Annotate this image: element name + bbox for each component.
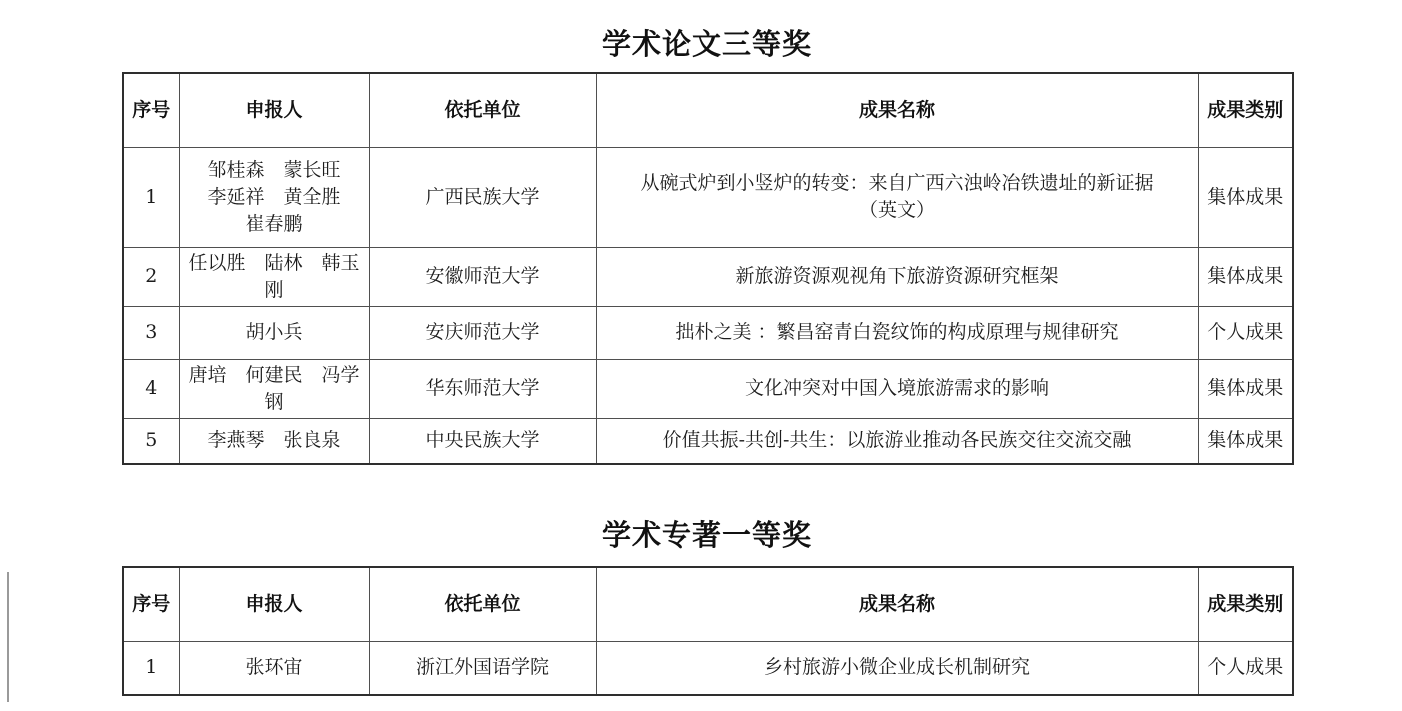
section-title: 学术论文三等奖 [122, 0, 1292, 62]
cell-category: 个人成果 [1198, 306, 1293, 359]
cell-applicant: 胡小兵 [179, 306, 369, 359]
cell-organization: 浙江外国语学院 [369, 641, 596, 695]
cell-index: 1 [123, 641, 179, 695]
cell-category: 集体成果 [1198, 359, 1293, 418]
cell-achievement: 从碗式炉到小竖炉的转变：来自广西六浊岭冶铁遗址的新证据 （英文） [596, 147, 1198, 247]
cell-index: 5 [123, 418, 179, 464]
column-header-achievement: 成果名称 [596, 567, 1198, 641]
table-row: 5 李燕琴 张良泉 中央民族大学 价值共振-共创-共生：以旅游业推动各民族交往交… [123, 418, 1293, 464]
table-row: 1 张环宙 浙江外国语学院 乡村旅游小微企业成长机制研究 个人成果 [123, 641, 1293, 695]
cell-category: 集体成果 [1198, 247, 1293, 306]
cell-category: 集体成果 [1198, 418, 1293, 464]
table-header-row: 序号 申报人 依托单位 成果名称 成果类别 [123, 567, 1293, 641]
awards-table: 序号 申报人 依托单位 成果名称 成果类别 1 张环宙 浙江外国语学院 乡村旅游… [122, 566, 1294, 696]
document-page: 学术论文三等奖 序号 申报人 依托单位 成果名称 成果类别 1 [0, 0, 1402, 711]
column-header-index: 序号 [123, 73, 179, 147]
cell-applicant: 唐培 何建民 冯学钢 [179, 359, 369, 418]
cell-index: 1 [123, 147, 179, 247]
cell-achievement: 价值共振-共创-共生：以旅游业推动各民族交往交流交融 [596, 418, 1198, 464]
column-header-applicant: 申报人 [179, 73, 369, 147]
award-section-monographs-first-prize: 学术专著一等奖 序号 申报人 依托单位 成果名称 成果类别 1 [122, 517, 1292, 696]
column-header-index: 序号 [123, 567, 179, 641]
page-edge-line [7, 572, 9, 702]
column-header-applicant: 申报人 [179, 567, 369, 641]
column-header-achievement: 成果名称 [596, 73, 1198, 147]
column-header-organization: 依托单位 [369, 567, 596, 641]
cell-index: 2 [123, 247, 179, 306]
cell-achievement: 乡村旅游小微企业成长机制研究 [596, 641, 1198, 695]
table-row: 2 任以胜 陆林 韩玉刚 安徽师范大学 新旅游资源观视角下旅游资源研究框架 集体… [123, 247, 1293, 306]
cell-applicant: 李燕琴 张良泉 [179, 418, 369, 464]
award-section-papers-third-prize: 学术论文三等奖 序号 申报人 依托单位 成果名称 成果类别 1 [122, 0, 1292, 465]
table-row: 4 唐培 何建民 冯学钢 华东师范大学 文化冲突对中国入境旅游需求的影响 集体成… [123, 359, 1293, 418]
cell-applicant: 邹桂森 蒙长旺 李延祥 黄全胜 崔春鹏 [179, 147, 369, 247]
cell-achievement: 新旅游资源观视角下旅游资源研究框架 [596, 247, 1198, 306]
table-row: 1 邹桂森 蒙长旺 李延祥 黄全胜 崔春鹏 广西民族大学 从碗式炉到小竖炉的转变… [123, 147, 1293, 247]
document-content: 学术论文三等奖 序号 申报人 依托单位 成果名称 成果类别 1 [122, 0, 1292, 696]
column-header-category: 成果类别 [1198, 73, 1293, 147]
awards-table: 序号 申报人 依托单位 成果名称 成果类别 1 邹桂森 蒙长旺 李延祥 黄全胜 … [122, 72, 1294, 465]
cell-organization: 安徽师范大学 [369, 247, 596, 306]
cell-organization: 华东师范大学 [369, 359, 596, 418]
cell-organization: 中央民族大学 [369, 418, 596, 464]
cell-category: 个人成果 [1198, 641, 1293, 695]
cell-category: 集体成果 [1198, 147, 1293, 247]
cell-achievement: 文化冲突对中国入境旅游需求的影响 [596, 359, 1198, 418]
cell-organization: 广西民族大学 [369, 147, 596, 247]
table-row: 3 胡小兵 安庆师范大学 拙朴之美 ：繁昌窑青白瓷纹饰的构成原理与规律研究 个人… [123, 306, 1293, 359]
section-title: 学术专著一等奖 [122, 517, 1292, 553]
cell-organization: 安庆师范大学 [369, 306, 596, 359]
column-header-organization: 依托单位 [369, 73, 596, 147]
cell-applicant: 任以胜 陆林 韩玉刚 [179, 247, 369, 306]
cell-index: 3 [123, 306, 179, 359]
cell-applicant: 张环宙 [179, 641, 369, 695]
cell-achievement: 拙朴之美 ：繁昌窑青白瓷纹饰的构成原理与规律研究 [596, 306, 1198, 359]
column-header-category: 成果类别 [1198, 567, 1293, 641]
table-header-row: 序号 申报人 依托单位 成果名称 成果类别 [123, 73, 1293, 147]
cell-index: 4 [123, 359, 179, 418]
